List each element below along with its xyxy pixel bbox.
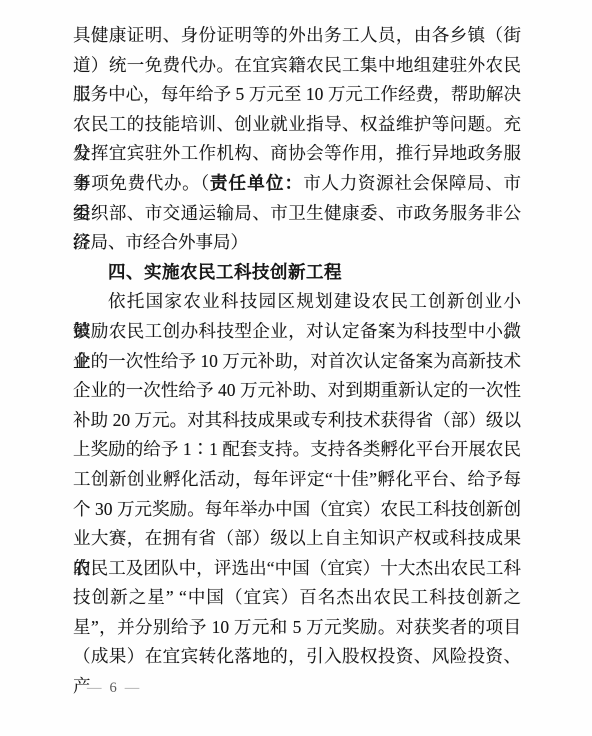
- responsible-unit-label: 责任单位：: [210, 173, 304, 193]
- document-body: 具健康证明、身份证明等的外出务工人员，由各乡镇（街道）统一免费代办。在宜宾籍农民…: [73, 21, 521, 672]
- text-segment: 事项免费代办。（: [73, 173, 210, 193]
- text-line: 个 30 万元奖励。每年举办中国（宜宾）农民工科技创新创: [73, 495, 521, 525]
- text-line: 工创新创业孵化活动，每年评定“十佳”孵化平台、给予每: [73, 465, 521, 495]
- text-segment: 工创新创业孵化活动，每年评定“十佳”孵化平台、给予每: [73, 469, 521, 489]
- text-segment: 技创新之星” “中国（宜宾）百名杰出农民工科技创新之: [73, 587, 521, 607]
- text-line: 道）统一免费代办。在宜宾籍农民工集中地组建驻外农民工: [73, 51, 521, 81]
- page-number: —6—: [79, 679, 147, 697]
- text-line: 服务中心，每年给予 5 万元至 10 万元工作经费，帮助解决: [73, 80, 521, 110]
- text-segment: 四、实施农民工科技创新工程: [108, 262, 342, 282]
- footer-dash-left: —: [87, 680, 102, 696]
- text-line: 济局、市经合外事局）: [73, 228, 521, 258]
- text-segment: 补助 20 万元。对其科技成果或专利技术获得省（部）级以: [73, 410, 521, 430]
- text-line: 鼓励农民工创办科技型企业，对认定备案为科技型中小微企: [73, 317, 521, 347]
- text-line: 企业的一次性给予 40 万元补助、对到期重新认定的一次性: [73, 376, 521, 406]
- text-segment: 个 30 万元奖励。每年举办中国（宜宾）农民工科技创新创: [73, 499, 521, 519]
- text-line: 农民工及团队中，评选出“中国（宜宾）十大杰出农民工科: [73, 554, 521, 584]
- text-segment: 具健康证明、身份证明等的外出务工人员，由各乡镇（街: [73, 25, 521, 45]
- page-number-value: 6: [110, 680, 117, 696]
- text-line: 组织部、市交通运输局、市卫生健康委、市政务服务非公经: [73, 199, 521, 229]
- text-line: 业大赛，在拥有省（部）级以上自主知识产权或科技成果的: [73, 524, 521, 554]
- text-line: （成果）在宜宾转化落地的，引入股权投资、风险投资、产: [73, 642, 521, 672]
- text-segment: 上奖励的给予 1∶1 配套支持。支持各类孵化平台开展农民: [73, 439, 521, 459]
- document-page: 具健康证明、身份证明等的外出务工人员，由各乡镇（街道）统一免费代办。在宜宾籍农民…: [0, 0, 592, 736]
- footer-dash-right: —: [125, 680, 140, 696]
- text-segment: 济局、市经合外事局）: [73, 232, 248, 252]
- text-line: 农民工的技能培训、创业就业指导、权益维护等问题。充分: [73, 110, 521, 140]
- text-line: 事项免费代办。（责任单位：市人力资源社会保障局、市委: [73, 169, 521, 199]
- text-line: 发挥宜宾驻外工作机构、商协会等作用，推行异地政务服务: [73, 139, 521, 169]
- text-line: 依托国家农业科技园区规划建设农民工创新创业小镇。: [73, 287, 521, 317]
- text-segment: 企业的一次性给予 40 万元补助、对到期重新认定的一次性: [73, 380, 521, 400]
- text-line: 补助 20 万元。对其科技成果或专利技术获得省（部）级以: [73, 406, 521, 436]
- text-line: 技创新之星” “中国（宜宾）百名杰出农民工科技创新之: [73, 583, 521, 613]
- text-segment: 服务中心，每年给予 5 万元至 10 万元工作经费，帮助解决: [73, 84, 521, 104]
- text-segment: 业的一次性给予 10 万元补助，对首次认定备案为高新技术: [73, 351, 521, 371]
- text-segment: 农民工及团队中，评选出“中国（宜宾）十大杰出农民工科: [73, 558, 521, 578]
- text-line: 业的一次性给予 10 万元补助，对首次认定备案为高新技术: [73, 347, 521, 377]
- text-segment: 星”，并分别给予 10 万元和 5 万元奖励。对获奖者的项目: [73, 617, 521, 637]
- text-line: 上奖励的给予 1∶1 配套支持。支持各类孵化平台开展农民: [73, 435, 521, 465]
- text-line: 星”，并分别给予 10 万元和 5 万元奖励。对获奖者的项目: [73, 613, 521, 643]
- section-heading: 四、实施农民工科技创新工程: [73, 258, 521, 288]
- text-line: 具健康证明、身份证明等的外出务工人员，由各乡镇（街: [73, 21, 521, 51]
